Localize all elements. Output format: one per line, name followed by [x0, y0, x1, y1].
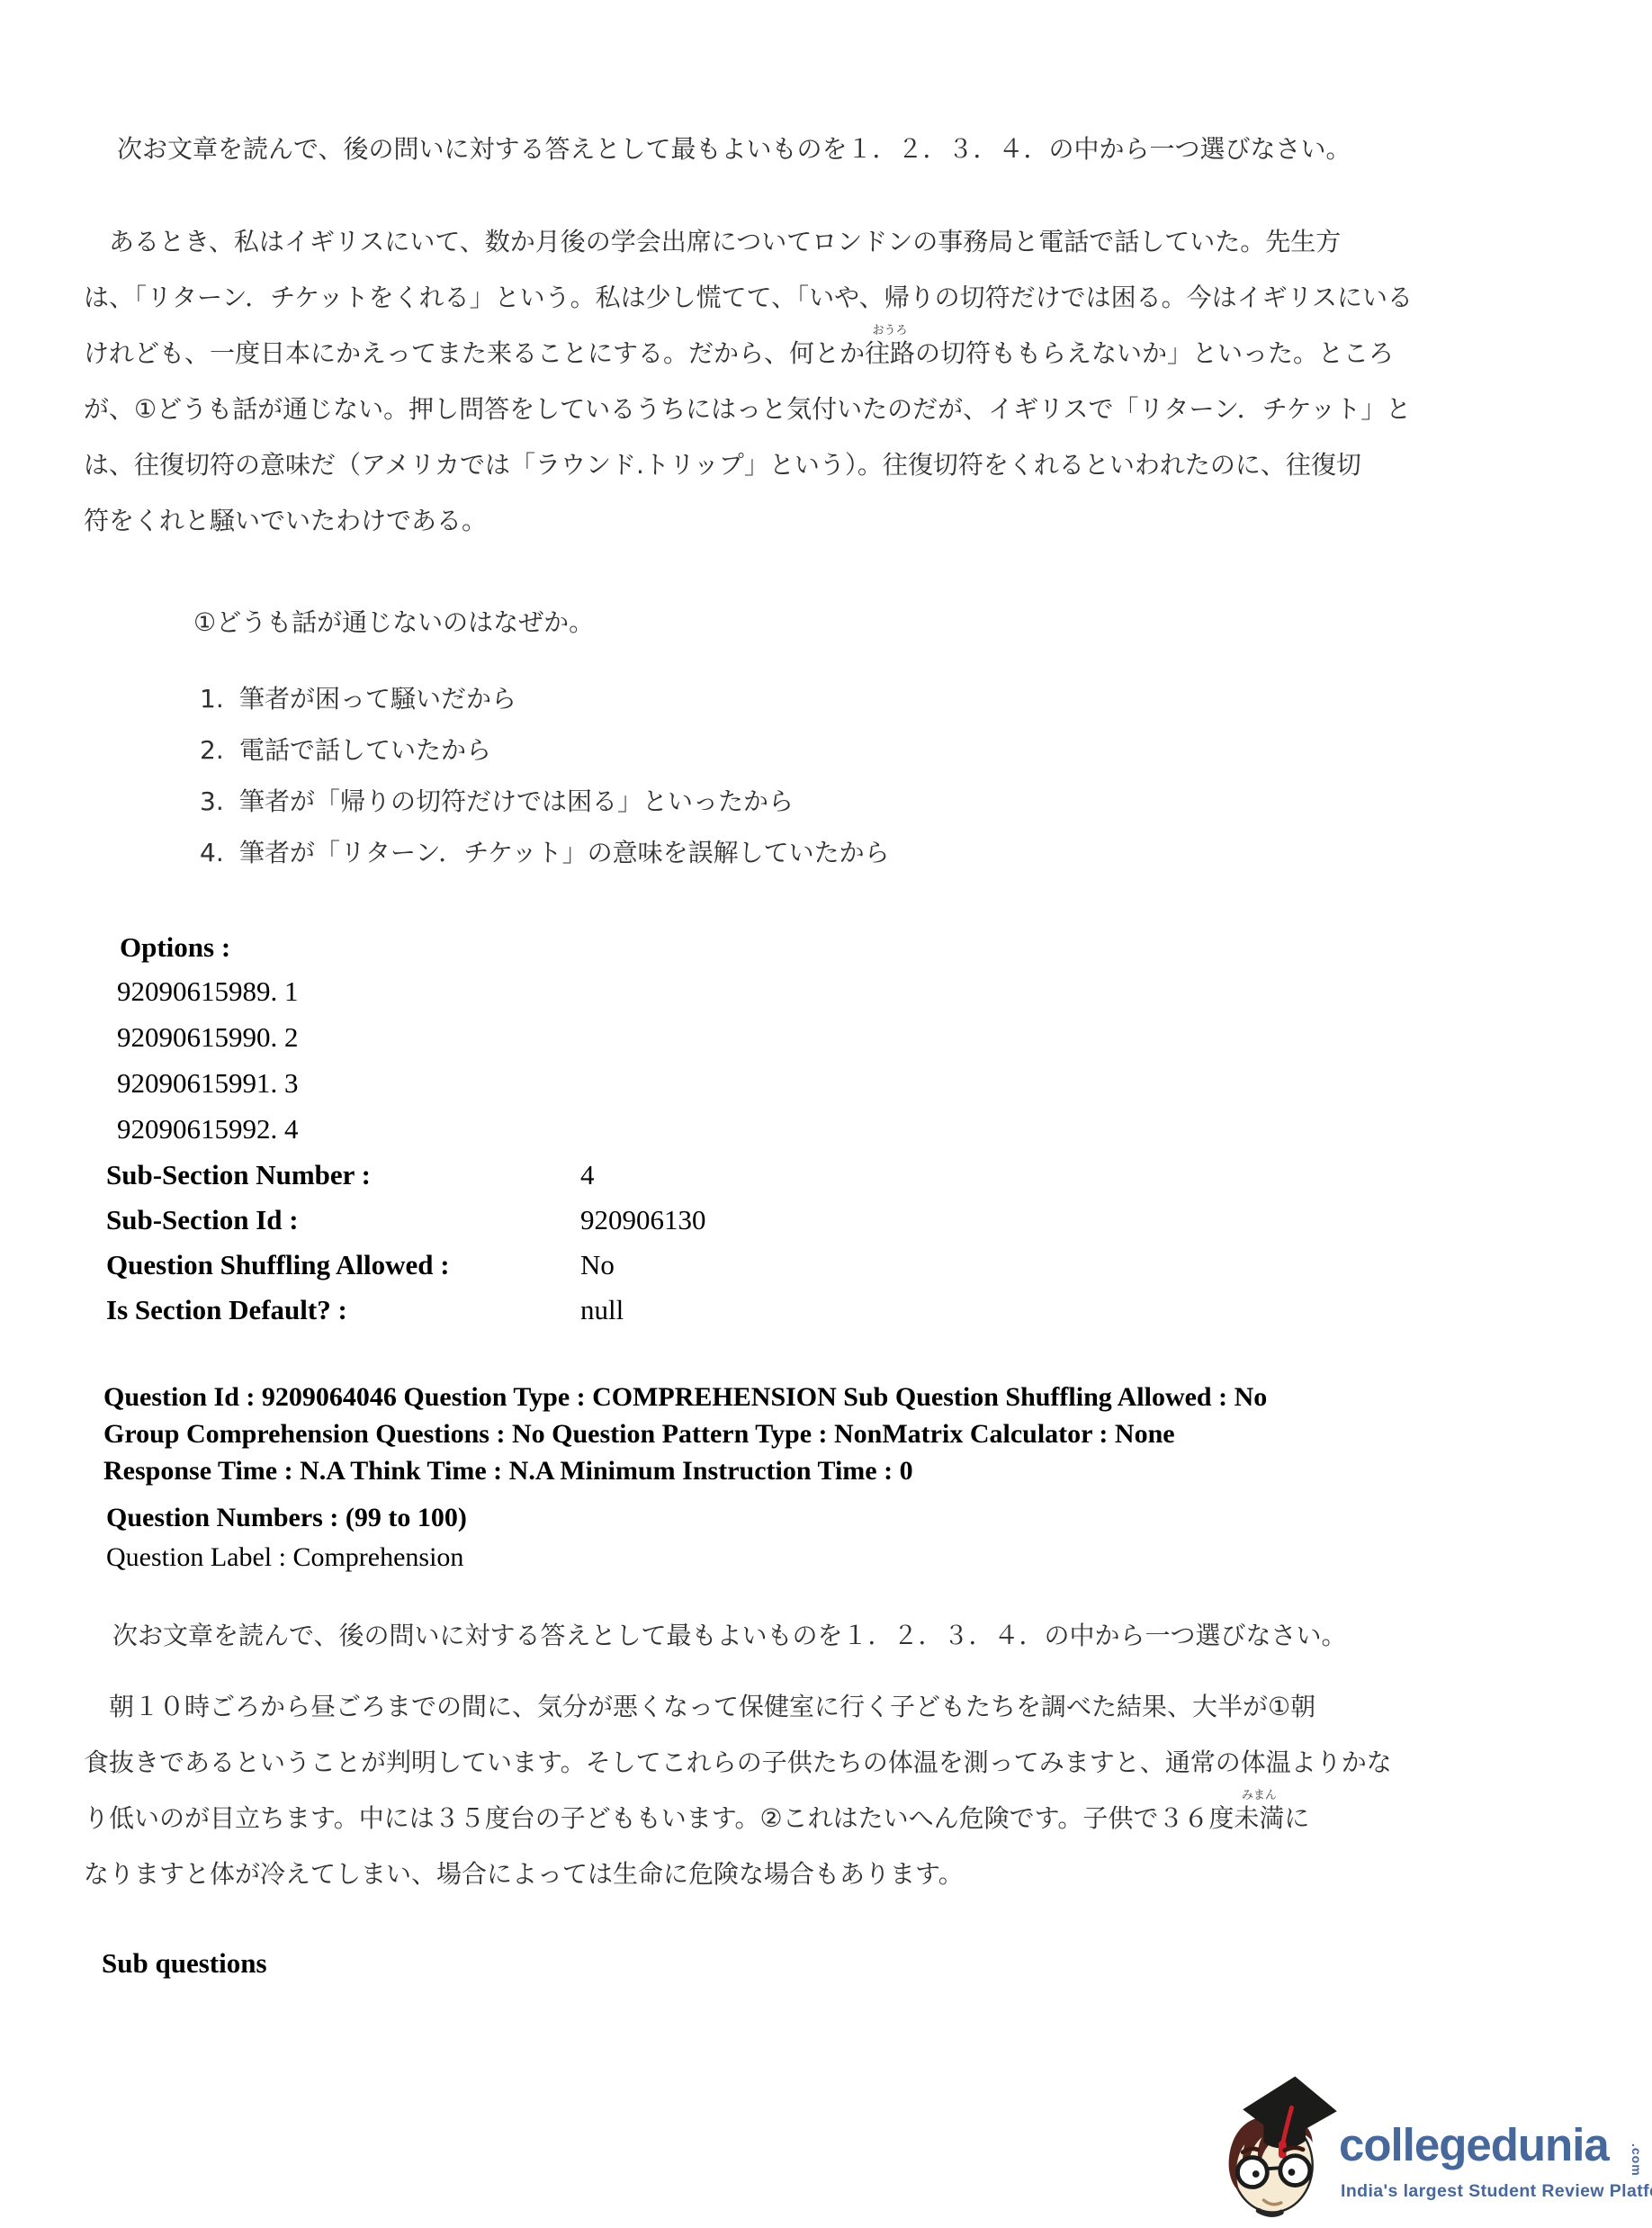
- meta-row: Is Section Default? : null: [106, 1288, 1186, 1333]
- sub-questions-heading: Sub questions: [102, 1944, 267, 1983]
- passage-line: 朝１０時ごろから昼ごろまでの間に、気分が悪くなって保健室に行く子どもたちを調べた…: [84, 1679, 1392, 1735]
- meta-value: null: [580, 1288, 624, 1333]
- question-text: ①どうも話が通じないのはなぜか。: [193, 605, 594, 641]
- ruby-base: 往路: [865, 338, 915, 368]
- passage-line-segment: けれども、一度日本にかえってまた来ることにする。だから、何とか: [84, 338, 865, 368]
- question-numbers: Question Numbers : (99 to 100): [106, 1499, 467, 1537]
- choice-text: 電話で話していたから: [239, 724, 491, 776]
- passage-line: 食抜きであるということが判明しています。そしてこれらの子供たちの体温を測ってみま…: [84, 1735, 1392, 1791]
- choice-text: 筆者が「帰りの切符だけでは困る」といったから: [239, 776, 794, 827]
- choice-text: 筆者が「リターン．チケット」の意味を誤解していたから: [239, 827, 890, 878]
- question-info-line: Group Comprehension Questions : No Quest…: [103, 1415, 1267, 1452]
- option-id-row: 92090615989. 1: [117, 968, 299, 1014]
- meta-label: Question Shuffling Allowed :: [106, 1249, 450, 1280]
- collegedunia-tld-text: .com: [1630, 2143, 1644, 2177]
- question-info-line: Response Time : N.A Think Time : N.A Min…: [103, 1452, 1267, 1489]
- passage2-text: 朝１０時ごろから昼ごろまでの間に、気分が悪くなって保健室に行く子どもたちを調べた…: [84, 1679, 1392, 1902]
- meta-label: Is Section Default? :: [106, 1294, 347, 1325]
- passage-line: あるとき、私はイギリスにいて、数か月後の学会出席についてロンドンの事務局と電話で…: [84, 214, 1413, 270]
- ruby-word: 往路おうろ: [865, 334, 915, 370]
- choice-number: 1.: [200, 673, 239, 724]
- ruby-word: 未満みまん: [1234, 1799, 1284, 1835]
- collegedunia-logo: collegedunia .com India's largest Studen…: [1217, 2059, 1652, 2228]
- meta-value: No: [580, 1243, 615, 1288]
- passage-line: が、①どうも話が通じない。押し問答をしているうちにはっと気付いたのだが、イギリス…: [84, 382, 1413, 437]
- question-info-line: Question Id : 9209064046 Question Type :…: [103, 1379, 1267, 1415]
- passage-line: は、「リターン．チケットをくれる」という。私は少し慌てて、「いや、帰りの切符だけ…: [84, 270, 1413, 326]
- ruby-base: 未満: [1234, 1803, 1284, 1833]
- question-label: Question Label : Comprehension: [106, 1539, 463, 1577]
- meta-value: 4: [580, 1153, 595, 1198]
- choice-row: 4. 筆者が「リターン．チケット」の意味を誤解していたから: [200, 827, 890, 878]
- meta-row: Sub-Section Id : 920906130: [106, 1198, 1186, 1243]
- passage-line: 符をくれと騒いでいたわけである。: [84, 493, 1413, 549]
- question-info-block: Question Id : 9209064046 Question Type :…: [103, 1379, 1267, 1489]
- option-id-list: 92090615989. 1 92090615990. 2 9209061599…: [117, 968, 299, 1152]
- meta-row: Sub-Section Number : 4: [106, 1153, 1186, 1198]
- collegedunia-tagline: India's largest Student Review Platform: [1341, 2181, 1652, 2202]
- furigana-text: おうろ: [873, 320, 908, 337]
- exam-document-page: 次お文章を読んで、後の問いに対する答えとして最もよいものを１．２．３．４．の中か…: [0, 0, 1652, 2228]
- option-id-row: 92090615990. 2: [117, 1014, 299, 1060]
- choice-number: 4.: [200, 827, 239, 878]
- choice-row: 1. 筆者が困って騒いだから: [200, 673, 890, 724]
- passage-line-segment: の切符ももらえないか」といった。ところ: [915, 338, 1394, 368]
- collegedunia-mascot-icon: [1217, 2062, 1337, 2228]
- passage1-text: あるとき、私はイギリスにいて、数か月後の学会出席についてロンドンの事務局と電話で…: [84, 214, 1413, 549]
- passage-line: り低いのが目立ちます。中には３５度台の子どももいます。②これはたいへん危険です。…: [84, 1791, 1392, 1846]
- collegedunia-brand-text: collegedunia: [1339, 2122, 1609, 2168]
- choice-row: 3. 筆者が「帰りの切符だけでは困る」といったから: [200, 776, 890, 827]
- passage-line: は、往復切符の意味だ（アメリカでは「ラウンド.トリップ」という）。往復切符をくれ…: [84, 437, 1413, 493]
- choice-number: 3.: [200, 776, 239, 827]
- passage-line-segment: り低いのが目立ちます。中には３５度台の子どももいます。②これはたいへん危険です。…: [84, 1803, 1234, 1833]
- meta-value: 920906130: [580, 1198, 706, 1243]
- meta-label: Sub-Section Number :: [106, 1159, 371, 1190]
- choice-row: 2. 電話で話していたから: [200, 724, 890, 776]
- options-heading: Options :: [120, 927, 230, 968]
- choice-number: 2.: [200, 724, 239, 776]
- answer-choices: 1. 筆者が困って騒いだから 2. 電話で話していたから 3. 筆者が「帰りの切…: [200, 673, 890, 878]
- subsection-meta: Sub-Section Number : 4 Sub-Section Id : …: [106, 1153, 1186, 1333]
- passage1-instruction: 次お文章を読んで、後の問いに対する答えとして最もよいものを１．２．３．４．の中か…: [117, 131, 1351, 167]
- passage-line-segment: に: [1284, 1803, 1309, 1833]
- meta-row: Question Shuffling Allowed : No: [106, 1243, 1186, 1288]
- option-id-row: 92090615991. 3: [117, 1060, 299, 1106]
- choice-text: 筆者が困って騒いだから: [239, 673, 516, 724]
- passage-line: けれども、一度日本にかえってまた来ることにする。だから、何とか往路おうろの切符も…: [84, 326, 1413, 382]
- meta-label: Sub-Section Id :: [106, 1204, 299, 1235]
- passage-line: なりますと体が冷えてしまい、場合によっては生命に危険な場合もあります。: [84, 1846, 1392, 1902]
- passage2-instruction: 次お文章を読んで、後の問いに対する答えとして最もよいものを１．２．３．４．の中か…: [112, 1618, 1346, 1654]
- option-id-row: 92090615992. 4: [117, 1106, 299, 1152]
- furigana-text: みまん: [1242, 1785, 1277, 1802]
